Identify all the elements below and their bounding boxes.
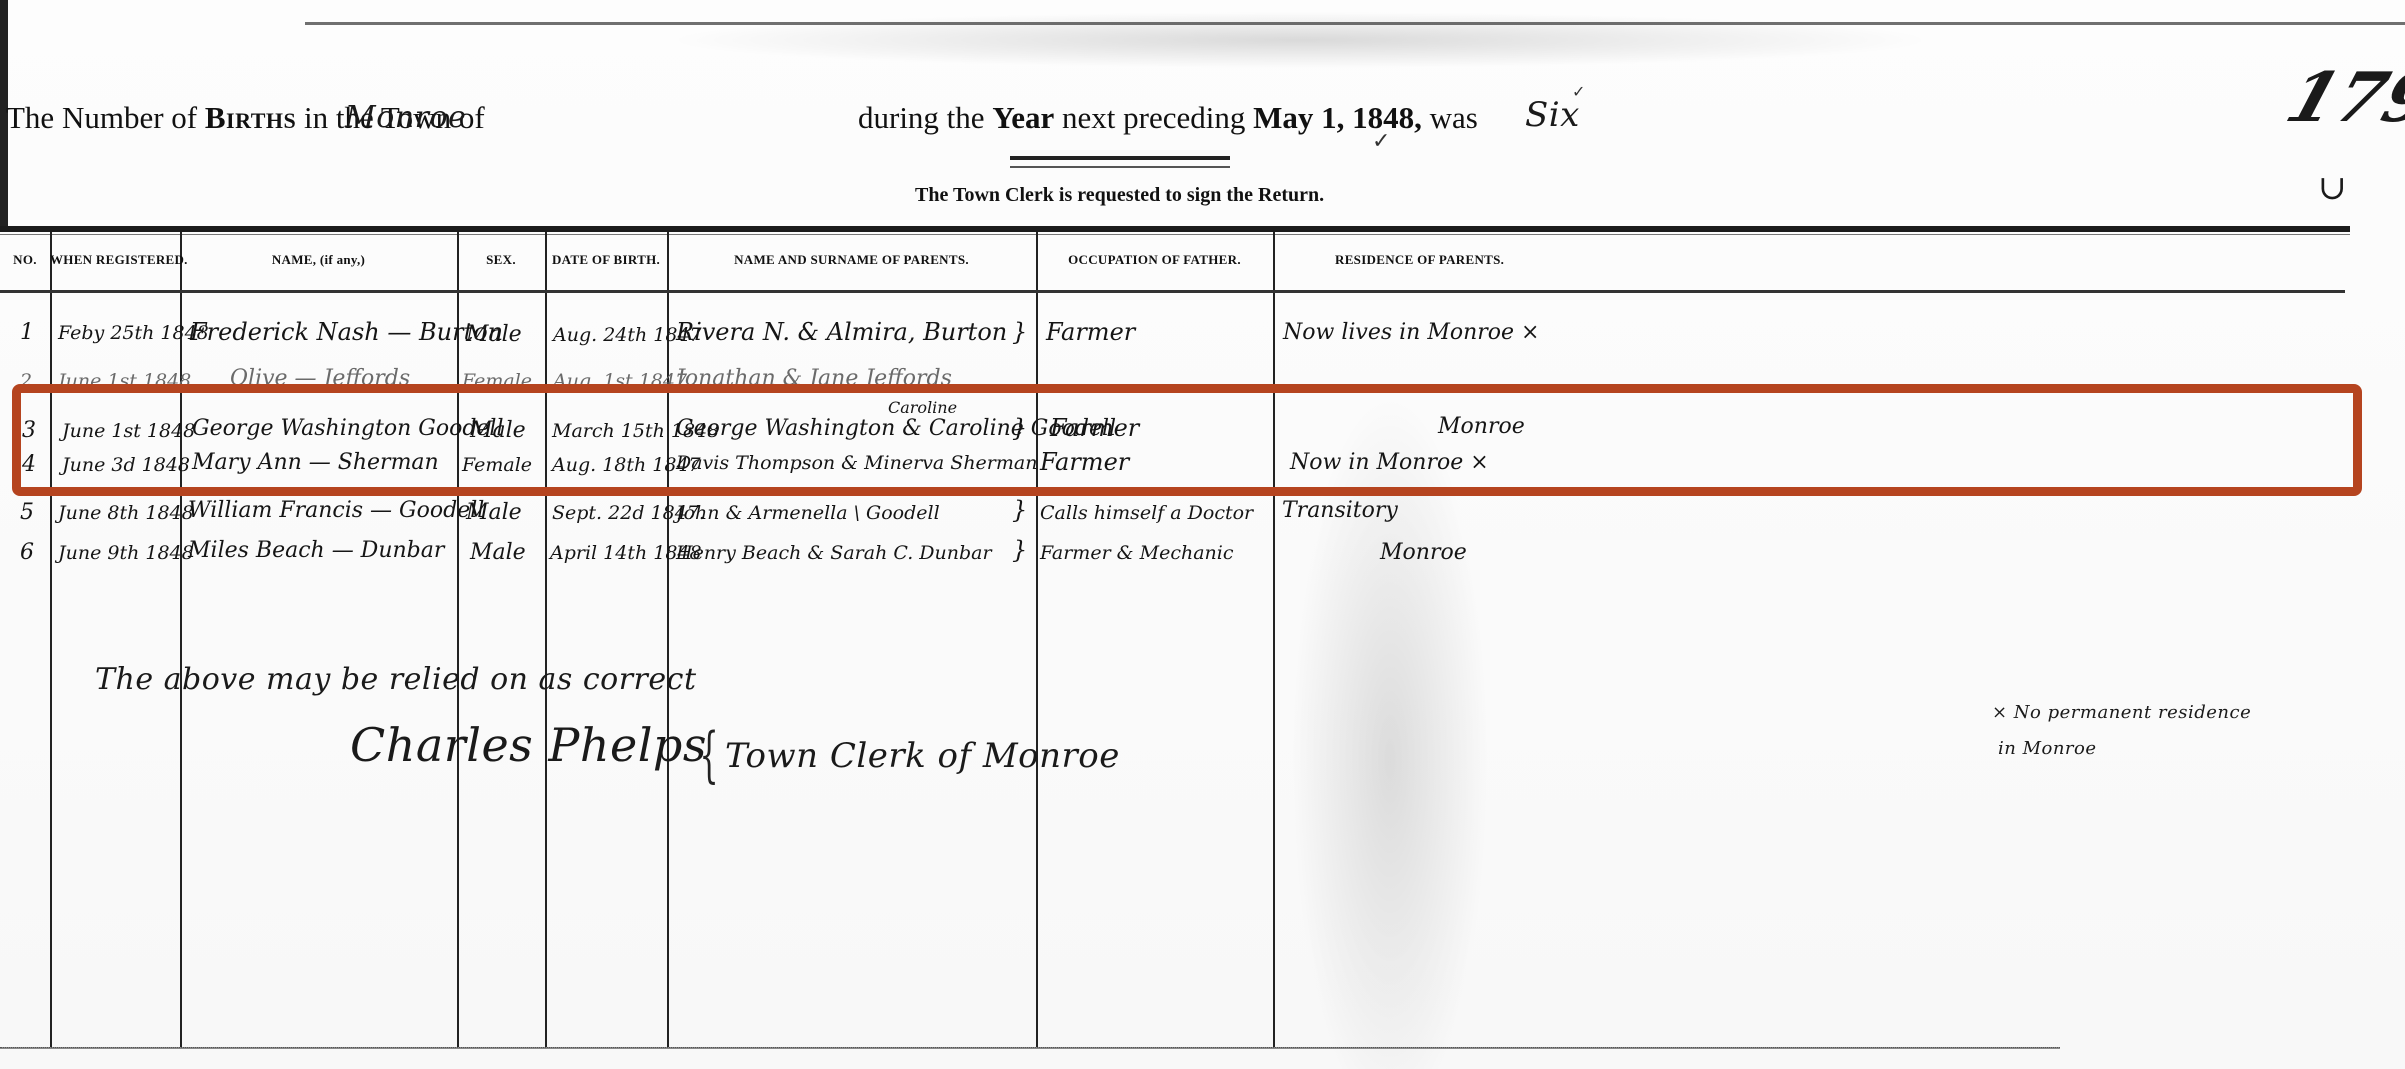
- cell-parents: Davis Thompson & Minerva Sherman: [676, 452, 1037, 474]
- cell-date-of-birth: Aug. 1st 1847: [553, 370, 687, 392]
- cell-parents-brace: }: [1012, 496, 1027, 524]
- cell-parents-brace: }: [1012, 318, 1027, 346]
- column-divider: [1273, 232, 1275, 1048]
- tick-mark-icon: ✓: [1572, 82, 1585, 102]
- column-divider: [667, 232, 669, 1048]
- column-divider: [457, 232, 459, 1048]
- table-bottom-rule: [0, 1047, 2060, 1049]
- cell-sex: Male: [466, 322, 522, 347]
- cell-parents-brace: }: [1012, 414, 1027, 442]
- cell-no: 6: [20, 540, 34, 565]
- subtitle: The Town Clerk is requested to sign the …: [915, 184, 1324, 207]
- cell-name: George Washington Goodell: [192, 416, 504, 441]
- cell-parents-brace: }: [1012, 536, 1027, 564]
- cell-residence: Monroe: [1438, 414, 1525, 439]
- title-date: May 1, 1848,: [1253, 100, 1422, 135]
- cell-occupation: Farmer: [1040, 448, 1129, 476]
- cell-no: 5: [20, 500, 34, 525]
- title-underline: [1010, 156, 1230, 168]
- cell-sex: Female: [462, 370, 532, 392]
- cell-name: William Francis — Goodell: [188, 498, 484, 523]
- header-name-label: Name,: [272, 252, 316, 267]
- title-was: was: [1430, 100, 1478, 135]
- column-divider: [180, 232, 182, 1048]
- folio-sub-mark: ∪: [2318, 168, 2347, 208]
- cell-when-registered: June 8th 1848: [58, 502, 194, 524]
- cell-parents: Jonathan & Jane Jeffords: [676, 366, 952, 391]
- cell-no: 2: [20, 370, 32, 392]
- title-year-mid: next preceding: [1062, 100, 1245, 135]
- column-divider: [545, 232, 547, 1048]
- column-divider: [50, 232, 52, 1048]
- cell-sex: Male: [470, 418, 526, 443]
- table-top-thin-rule: [0, 234, 2350, 235]
- title-births: Births: [205, 100, 296, 135]
- cell-parents: Rivera N. & Almira, Burton: [676, 318, 1007, 346]
- cell-when-registered: June 9th 1848: [58, 542, 194, 564]
- town-name-handwritten: Monroe: [345, 100, 466, 135]
- title-year-prefix: during the: [858, 100, 985, 135]
- check-mark-icon: ✓: [1372, 128, 1390, 154]
- column-divider: [1036, 232, 1038, 1048]
- header-no: No.: [0, 252, 50, 268]
- footnote-line-1: × No permanent residence: [1992, 702, 2251, 723]
- cell-when-registered: Feby 25th 1848: [58, 322, 209, 344]
- table-top-rule: [0, 226, 2350, 232]
- title-prefix: The Number of: [6, 100, 197, 135]
- clerk-signature: Charles Phelps: [350, 718, 707, 772]
- cell-occupation: Farmer & Mechanic: [1040, 542, 1234, 564]
- cell-no: 3: [22, 418, 36, 443]
- cell-name: Olive — Jeffords: [230, 366, 410, 391]
- cell-occupation: Farmer: [1046, 318, 1135, 346]
- cell-residence: Now lives in Monroe ×: [1283, 320, 1539, 345]
- header-name: Name, (if any,): [180, 252, 457, 268]
- cell-no: 4: [22, 452, 36, 477]
- cell-parents: John & Armenella \ Goodell: [676, 502, 940, 524]
- cell-sex: Male: [470, 540, 526, 565]
- cell-occupation: Calls himself a Doctor: [1040, 502, 1253, 524]
- attestation-note: The above may be relied on as correct: [95, 662, 697, 697]
- page-top-shadow: [305, 22, 2405, 25]
- title-year-word: Year: [992, 100, 1054, 135]
- cell-when-registered: June 1st 1848: [62, 420, 195, 442]
- cell-when-registered: June 1st 1848: [58, 370, 191, 392]
- header-bottom-rule: [0, 290, 2345, 293]
- header-occupation: Occupation of Father.: [1036, 252, 1273, 268]
- header-sex: Sex.: [457, 252, 545, 268]
- folio-number: 179: [2277, 58, 2405, 138]
- cell-occupation: Farmer: [1050, 414, 1139, 442]
- cell-parents-insertion: Caroline: [888, 398, 957, 417]
- clerk-title: Town Clerk of Monroe: [725, 736, 1120, 776]
- cell-sex: Female: [462, 454, 532, 476]
- cell-residence: Now in Monroe ×: [1290, 450, 1489, 475]
- header-when-registered: When Registered.: [50, 252, 180, 268]
- cell-name: Mary Ann — Sherman: [192, 450, 439, 475]
- header-parents: Name and Surname of Parents.: [667, 252, 1036, 268]
- cell-name: Frederick Nash — Burton: [190, 318, 503, 346]
- cell-name: Miles Beach — Dunbar: [188, 538, 444, 563]
- signature-brace: {: [700, 720, 719, 790]
- cell-parents: Henry Beach & Sarah C. Dunbar: [676, 542, 992, 564]
- footnote-line-2: in Monroe: [1998, 738, 2097, 759]
- cell-residence: Monroe: [1380, 540, 1467, 565]
- scanned-register-page: The Number of Births in the Town of Monr…: [0, 0, 2405, 1069]
- cell-no: 1: [20, 320, 34, 345]
- header-date-of-birth: Date of Birth.: [545, 252, 667, 268]
- cell-residence: Transitory: [1282, 498, 1398, 523]
- cell-sex: Male: [466, 500, 522, 525]
- header-residence: Residence of Parents.: [1273, 252, 2345, 268]
- cell-when-registered: June 3d 1848: [62, 454, 190, 476]
- header-name-suffix: (if any,): [320, 252, 365, 267]
